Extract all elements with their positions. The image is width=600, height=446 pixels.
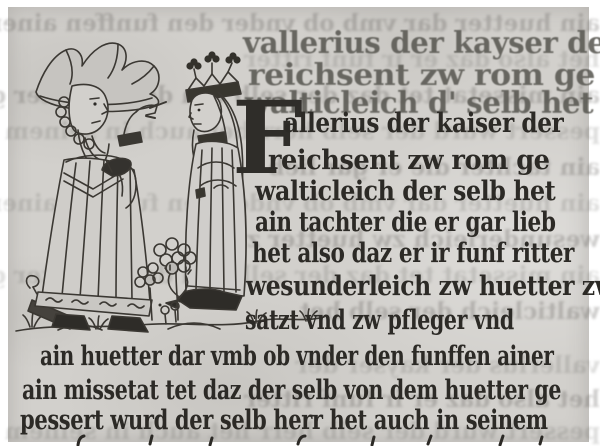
text-line: pessert wurd der selb herr het auch in s…	[20, 405, 548, 436]
emperor-figure	[35, 43, 166, 332]
emperor-shoe	[108, 316, 148, 332]
text-line: ain missetat tet daz der selb von dem hu…	[22, 375, 561, 406]
princess-face	[190, 93, 221, 132]
text-line: het also daz er ir funf ritter	[252, 238, 574, 269]
emperor-shoe	[52, 314, 90, 330]
emperor-face	[69, 85, 108, 135]
manuscript-photo: ain huetter dar vmb ob vnder den funffen…	[0, 0, 600, 446]
text-line: ain tachter die er gar lieb	[255, 207, 556, 238]
rubric-line: vallerius der kayser der	[243, 26, 600, 61]
text-line: reichsent zw rom ge	[268, 145, 550, 176]
emperor-robe	[42, 158, 150, 302]
text-line: wesunderleich zw huetter zw	[246, 271, 600, 302]
text-line: allerius der kaiser der	[284, 108, 563, 139]
cutoff-text-line	[78, 436, 542, 445]
text-line: satzt vnd zw pfleger vnd	[245, 305, 514, 336]
text-line: ain huetter dar vmb ob vnder den funffen…	[40, 341, 554, 372]
text-line: walticleich der selb het	[255, 176, 555, 207]
